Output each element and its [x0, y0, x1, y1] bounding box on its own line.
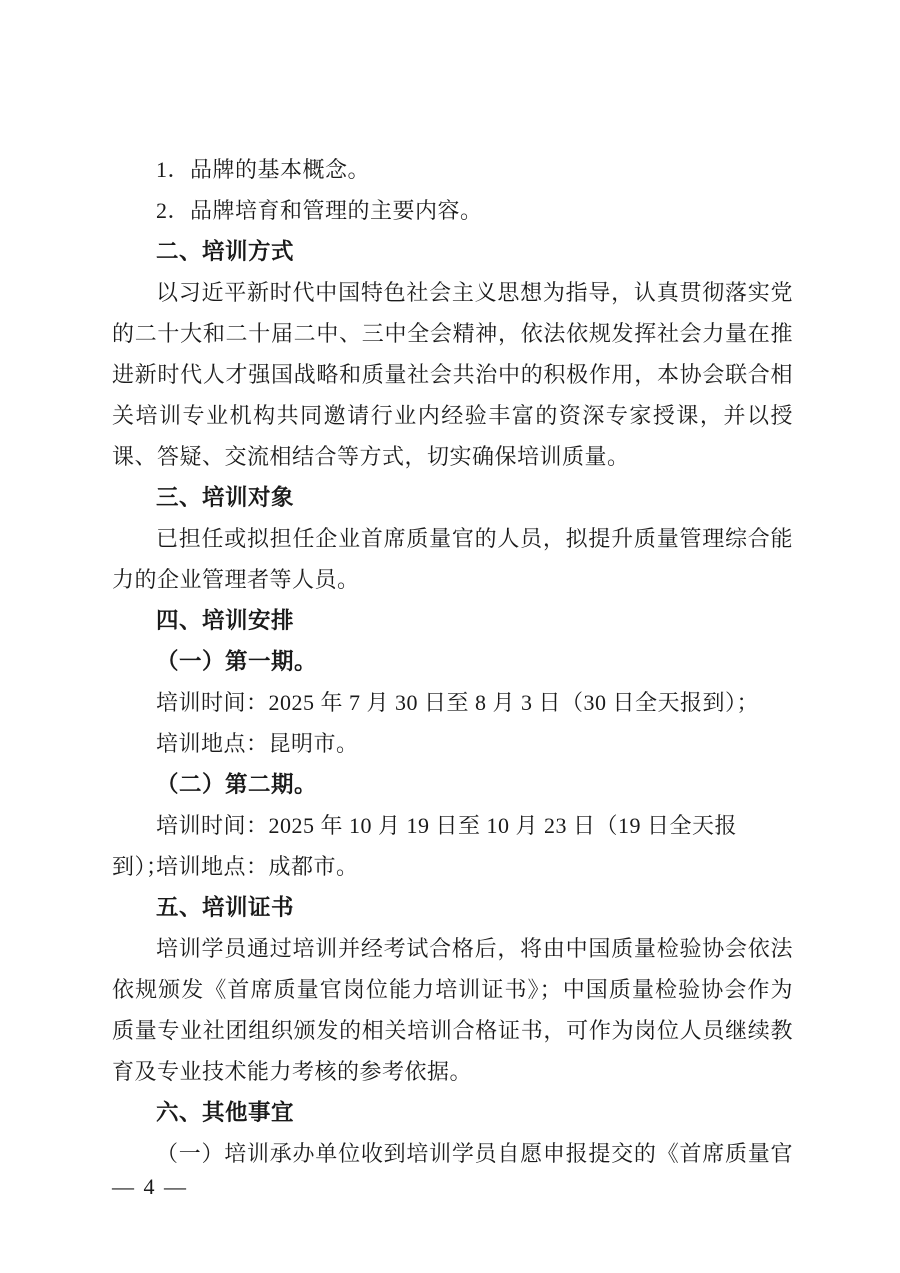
- text-line: 关培训专业机构共同邀请行业内经验丰富的资深专家授课，并以授: [112, 395, 793, 436]
- text-line: 质量专业社团组织颁发的相关培训合格证书，可作为岗位人员继续教: [112, 1010, 793, 1051]
- text-line: 培训时间：2025 年 7 月 30 日至 8 月 3 日（30 日全天报到）；: [112, 682, 793, 723]
- section-heading: 三、培训对象: [112, 477, 793, 518]
- text-line: 培训学员通过培训并经考试合格后，将由中国质量检验协会依法: [112, 928, 793, 969]
- sub-heading: （二）第二期。: [112, 764, 793, 805]
- text-line: 1．品牌的基本概念。: [112, 149, 793, 190]
- text-line: 育及专业技术能力考核的参考依据。: [112, 1051, 793, 1092]
- text-line: 已担任或拟担任企业首席质量官的人员，拟提升质量管理综合能: [112, 518, 793, 559]
- text-line: 培训时间：2025 年 10 月 19 日至 10 月 23 日（19 日全天报…: [112, 805, 793, 846]
- text-line: 进新时代人才强国战略和质量社会共治中的积极作用，本协会联合相: [112, 354, 793, 395]
- text-line: 以习近平新时代中国特色社会主义思想为指导，认真贯彻落实党: [112, 272, 793, 313]
- document-page: 1．品牌的基本概念。2．品牌培育和管理的主要内容。二、培训方式以习近平新时代中国…: [0, 0, 900, 1273]
- section-heading: 六、其他事宜: [112, 1092, 793, 1133]
- text-line: 力的企业管理者等人员。: [112, 559, 793, 600]
- text-line: 培训地点：成都市。: [112, 846, 793, 887]
- text-line: 的二十大和二十届二中、三中全会精神，依法依规发挥社会力量在推: [112, 313, 793, 354]
- section-heading: 二、培训方式: [112, 231, 793, 272]
- text-line: 培训地点：昆明市。: [112, 723, 793, 764]
- text-line: 课、答疑、交流相结合等方式，切实确保培训质量。: [112, 436, 793, 477]
- section-heading: 四、培训安排: [112, 600, 793, 641]
- text-line: 2．品牌培育和管理的主要内容。: [112, 190, 793, 231]
- sub-heading: （一）第一期。: [112, 641, 793, 682]
- text-line: 依规颁发《首席质量官岗位能力培训证书》；中国质量检验协会作为: [112, 969, 793, 1010]
- page-number: — 4 —: [112, 1167, 188, 1207]
- text-line: （一）培训承办单位收到培训学员自愿申报提交的《首席质量官: [112, 1133, 793, 1174]
- section-heading: 五、培训证书: [112, 887, 793, 928]
- document-body: 1．品牌的基本概念。2．品牌培育和管理的主要内容。二、培训方式以习近平新时代中国…: [112, 149, 793, 1174]
